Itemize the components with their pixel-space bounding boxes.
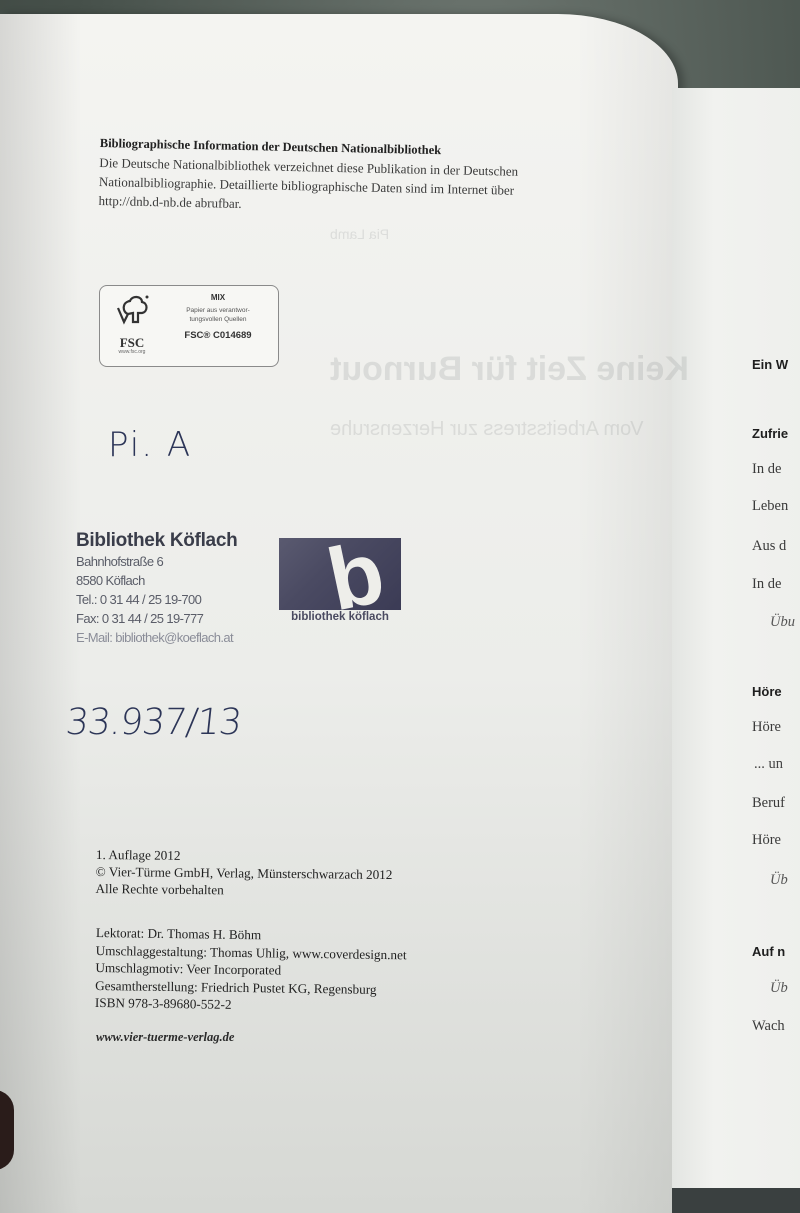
handwritten-note: Pi. A <box>108 425 192 465</box>
show-through-title: Keine Zeit für Burnout <box>330 350 689 389</box>
fsc-mark: FSC <box>108 337 156 349</box>
fsc-info: MIX Papier aus verantwor- tungsvollen Qu… <box>162 293 274 341</box>
toc-entry: Leben <box>752 498 788 515</box>
fsc-description-line: tungsvollen Quellen <box>162 315 274 324</box>
toc-entry-italic: Üb <box>770 872 788 889</box>
library-name: Bibliothek Köflach <box>76 530 237 552</box>
library-logo: b <box>279 538 401 610</box>
toc-heading: Auf n <box>752 944 785 959</box>
fsc-tree-icon <box>112 292 152 332</box>
show-through-author: Pia Lamb <box>330 226 389 242</box>
library-city: 8580 Köflach <box>76 571 237 590</box>
library-email: E-Mail: bibliothek@koeflach.at <box>76 628 237 647</box>
toc-entry-italic: Üb <box>770 980 788 997</box>
toc-heading: Höre <box>752 684 782 699</box>
imprint: 1. Auflage 2012 © Vier-Türme GmbH, Verla… <box>95 846 392 900</box>
toc-entry: ... un <box>754 756 783 773</box>
library-phone: Tel.: 0 31 44 / 25 19-700 <box>76 590 237 609</box>
handwritten-inventory-number: 33.937/13 <box>64 702 243 743</box>
fsc-mix: MIX <box>162 293 274 302</box>
bibliographic-info: Bibliographische Information der Deutsch… <box>98 134 644 221</box>
show-through-subtitle: Vom Arbeitsstress zur Herzensruhe <box>330 418 643 441</box>
fsc-description-line: Papier aus verantwor- <box>162 306 274 315</box>
fsc-url: www.fsc.org <box>108 349 156 355</box>
fsc-description: Papier aus verantwor- tungsvollen Quelle… <box>162 306 274 324</box>
library-logo-caption: bibliothek köflach <box>276 611 404 623</box>
publisher-website[interactable]: www.vier-tuerme-verlag.de <box>96 1030 234 1045</box>
library-street: Bahnhofstraße 6 <box>76 552 237 571</box>
toc-heading: Zufrie <box>752 426 788 441</box>
toc-entry: Höre <box>752 832 781 849</box>
toc-entry: Wach <box>752 1018 785 1035</box>
library-logo-letter: b <box>320 538 391 610</box>
toc-entry: Höre <box>752 719 781 736</box>
fsc-label: FSC www.fsc.org MIX Papier aus verantwor… <box>99 285 279 367</box>
toc-entry: Beruf <box>752 795 785 812</box>
fsc-logo: FSC www.fsc.org <box>108 292 156 355</box>
library-stamp: Bibliothek Köflach Bahnhofstraße 6 8580 … <box>76 530 237 647</box>
toc-entry-italic: Übu <box>770 614 795 631</box>
credits: Lektorat: Dr. Thomas H. Böhm Umschlagges… <box>95 924 407 1016</box>
toc-entry: In de <box>752 461 781 478</box>
table-of-contents: Ein W Zufrie In de Leben Aus d In de Übu… <box>752 0 800 1213</box>
finger <box>0 1090 14 1170</box>
toc-entry: Aus d <box>752 538 786 555</box>
toc-entry: In de <box>752 576 781 593</box>
imprint-line: Alle Rechte vorbehalten <box>95 880 392 900</box>
toc-heading: Ein W <box>752 357 788 372</box>
fsc-code: FSC® C014689 <box>162 330 274 341</box>
library-fax: Fax: 0 31 44 / 25 19-777 <box>76 609 237 628</box>
